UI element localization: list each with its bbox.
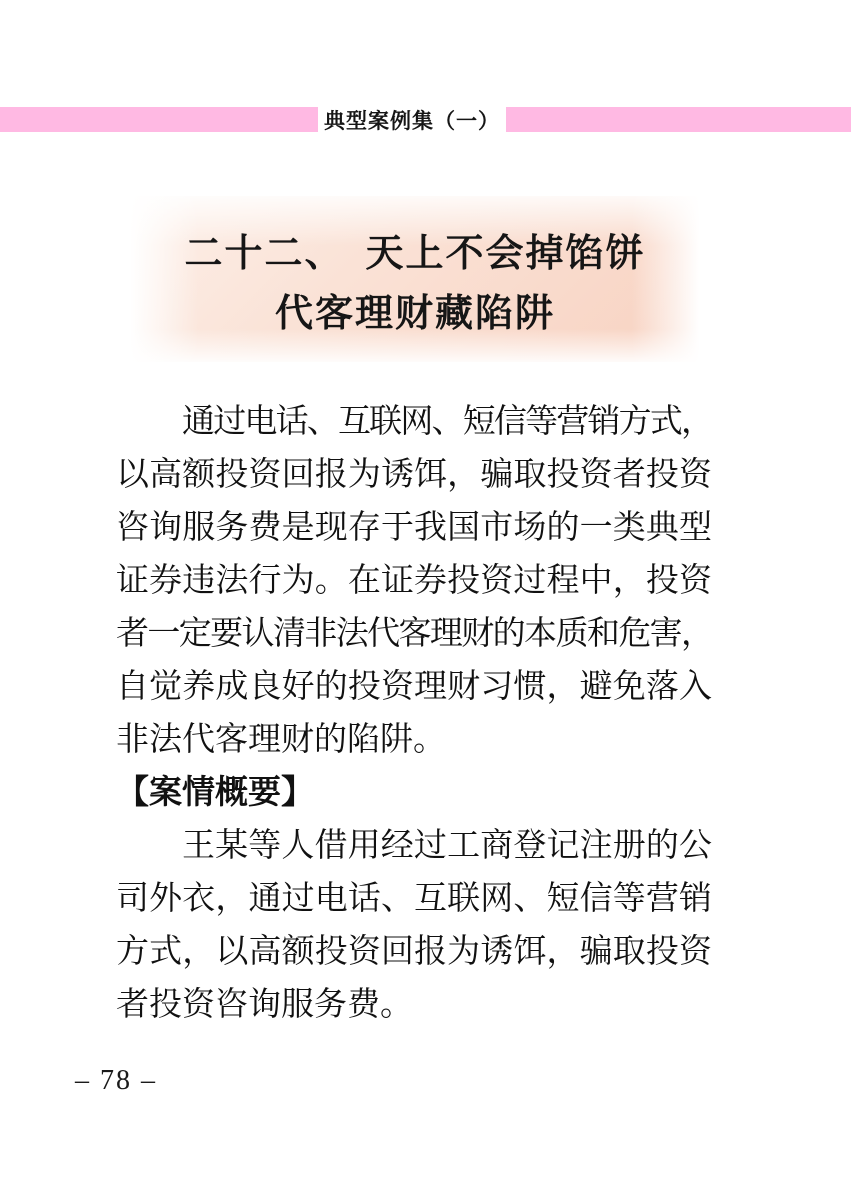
page-header: 典型案例集（一）	[0, 104, 851, 135]
text-line: 以高额投资回报为诱饵，骗取投资者投资	[116, 449, 712, 502]
chapter-title-block: 二十二、 天上不会掉馅饼 代客理财藏陷阱	[130, 196, 700, 362]
text-line: 自觉养成良好的投资理财习惯，避免落入	[116, 661, 712, 714]
text-line: 王某等人借用经过工商登记注册的公	[116, 820, 712, 873]
text-line: 者投资咨询服务费。	[116, 979, 712, 1032]
text-line: 非法代客理财的陷阱。	[116, 714, 712, 767]
text-line: 通过电话、互联网、短信等营销方式，	[116, 396, 712, 449]
text-line: 司外衣，通过电话、互联网、短信等营销	[116, 873, 712, 926]
document-page: 典型案例集（一） 二十二、 天上不会掉馅饼 代客理财藏陷阱 通过电话、互联网、短…	[0, 0, 851, 1189]
chapter-title-line2: 代客理财藏陷阱	[130, 284, 700, 344]
body-text: 通过电话、互联网、短信等营销方式， 以高额投资回报为诱饵，骗取投资者投资 咨询服…	[116, 396, 712, 1032]
text-line: 证券违法行为。在证券投资过程中，投资	[116, 555, 712, 608]
section-header: 【案情概要】	[116, 767, 712, 820]
page-number: – 78 –	[75, 1065, 157, 1097]
text-line: 咨询服务费是现存于我国市场的一类典型	[116, 502, 712, 555]
running-title: 典型案例集（一）	[318, 105, 506, 135]
chapter-title-line1: 二十二、 天上不会掉馅饼	[130, 224, 700, 284]
header-rule-right	[506, 107, 851, 132]
text-line: 方式，以高额投资回报为诱饵，骗取投资	[116, 926, 712, 979]
text-line: 者一定要认清非法代客理财的本质和危害，	[116, 608, 712, 661]
header-rule-left	[0, 107, 318, 132]
